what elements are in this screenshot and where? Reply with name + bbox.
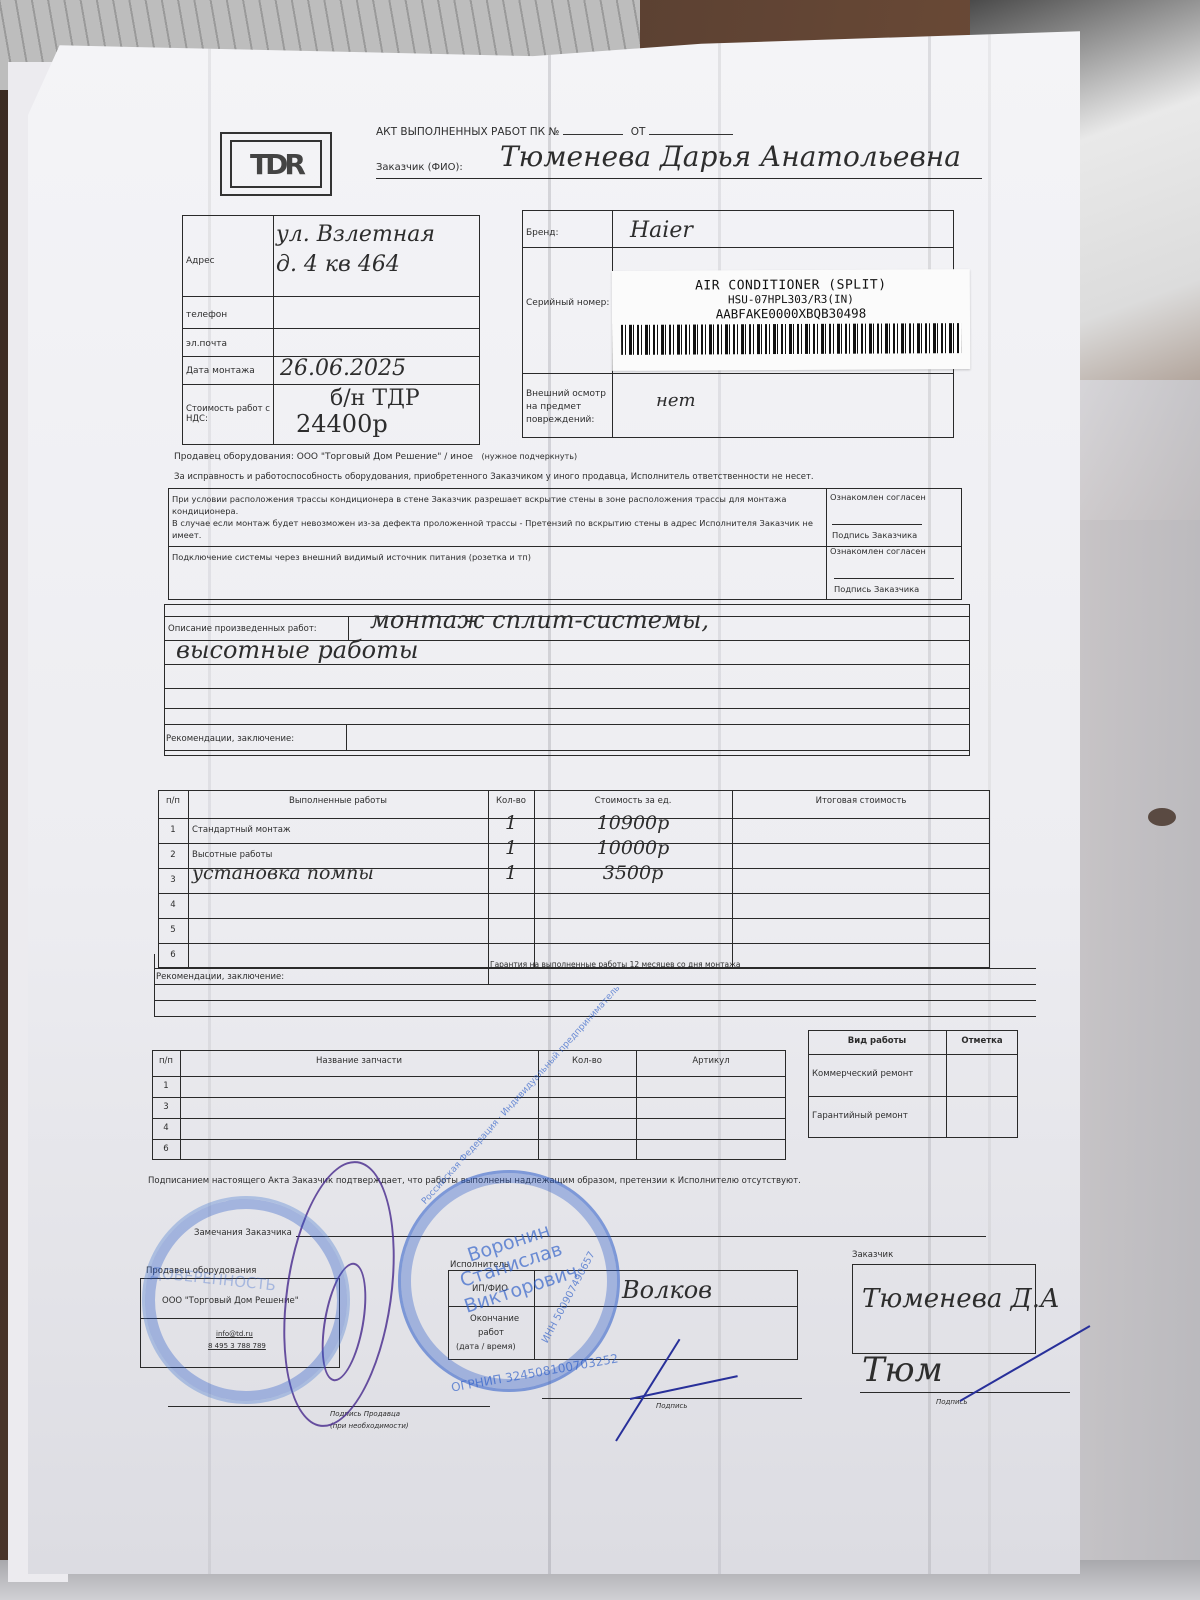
serial-label: Серийный номер: bbox=[526, 298, 610, 308]
parts-table-cell-n: 1 bbox=[152, 1081, 180, 1091]
works-table-cell-price: 10900р bbox=[534, 812, 732, 834]
disclaimer-text: За исправность и работоспособность обору… bbox=[174, 472, 814, 482]
parts-table-row: 3 bbox=[152, 1097, 786, 1118]
remarks-field[interactable] bbox=[296, 1236, 986, 1237]
install-date-value: 26.06.2025 bbox=[280, 356, 406, 381]
executor-signature-line[interactable] bbox=[542, 1398, 802, 1399]
act-date-field bbox=[649, 134, 733, 135]
consent-2-signature-line[interactable] bbox=[834, 578, 954, 579]
customer-signature: Тюм bbox=[862, 1350, 943, 1390]
works-table-header: Выполненные работы bbox=[188, 796, 488, 806]
parts-table-cell-n: 6 bbox=[152, 1144, 180, 1154]
consent-1-text-2: кондиционера. bbox=[172, 506, 238, 516]
consent-1-text-1: При условии расположения трассы кондицио… bbox=[172, 494, 786, 504]
parts-table-row: 4 bbox=[152, 1118, 786, 1139]
brand-value: Haier bbox=[630, 218, 693, 243]
description-label: Описание произведенных работ: bbox=[168, 624, 317, 634]
works-table-cell-qty: 1 bbox=[488, 812, 534, 834]
phone-label: телефон bbox=[186, 310, 227, 320]
address-value-line1: ул. Взлетная bbox=[276, 222, 435, 247]
works-table-cell-price: 3500р bbox=[534, 862, 732, 884]
address-label: Адрес bbox=[186, 256, 215, 266]
email-label: эл.почта bbox=[186, 339, 227, 349]
consent-1-agree-label: Ознакомлен согласен bbox=[830, 492, 926, 502]
document-title: АКТ ВЫПОЛНЕННЫХ РАБОТ ПК № ОТ bbox=[376, 126, 733, 138]
parts-table-header: Название запчасти bbox=[180, 1056, 538, 1066]
logo-text: TDR bbox=[230, 140, 322, 188]
seller-line: Продавец оборудования: ООО "Торговый Дом… bbox=[174, 452, 577, 462]
works-table-header: п/п bbox=[158, 796, 188, 806]
cost-label: Стоимость работ с НДС: bbox=[186, 404, 270, 424]
description-recommendations-label: Рекомендации, заключение: bbox=[166, 734, 294, 744]
parts-table-cell-n: 4 bbox=[152, 1123, 180, 1133]
sleeve-punch-hole bbox=[1148, 808, 1176, 826]
consent-1-signature-line[interactable] bbox=[832, 524, 922, 525]
consent-1-text-3: В случае если монтаж будет невозможен из… bbox=[172, 518, 813, 528]
works-table-cell-price: 10000р bbox=[534, 837, 732, 859]
parts-table-cell-n: 3 bbox=[152, 1102, 180, 1112]
works-table-cell-name: установка помпы bbox=[192, 862, 374, 884]
warranty-text: Гарантия на выполненные работы 12 месяце… bbox=[490, 960, 740, 969]
work-type-table-cell-type: Гарантийный ремонт bbox=[812, 1111, 908, 1121]
cost-value-line2: 24400р bbox=[296, 410, 388, 438]
works-table-header: Итоговая стоимость bbox=[732, 796, 990, 806]
customer-block-label: Заказчик bbox=[852, 1250, 893, 1260]
customer-signature-line[interactable] bbox=[860, 1392, 1070, 1393]
barcode-icon bbox=[621, 323, 961, 355]
work-type-table-row: Гарантийный ремонт bbox=[808, 1096, 1018, 1138]
consent-2-agree-label: Ознакомлен согласен bbox=[830, 546, 926, 556]
works-table-row: 5 bbox=[158, 918, 990, 943]
works-table-cell-n: 4 bbox=[158, 900, 188, 910]
parts-table-header: Артикул bbox=[636, 1056, 786, 1066]
serial-number-sticker: AIR CONDITIONER (SPLIT) HSU-07HPL303/R3(… bbox=[612, 269, 971, 371]
act-number-field bbox=[563, 134, 623, 135]
works-table-row: 4 bbox=[158, 893, 990, 918]
works-table-cell-n: 2 bbox=[158, 850, 188, 860]
works-table-header: Стоимость за ед. bbox=[534, 796, 732, 806]
sticker-serial: AABFAKE0000XBQB30498 bbox=[612, 305, 970, 322]
works-table-cell-qty: 1 bbox=[488, 862, 534, 884]
work-type-table-header: Отметка bbox=[946, 1036, 1018, 1046]
consent-1-sign-label: Подпись Заказчика bbox=[832, 530, 917, 540]
company-logo: TDR bbox=[220, 132, 332, 196]
seller-stamp bbox=[142, 1196, 350, 1404]
inspection-label: Внешний осмотр на предмет повреждений: bbox=[526, 388, 610, 427]
description-value-line2: высотные работы bbox=[176, 636, 418, 664]
brand-label: Бренд: bbox=[526, 228, 559, 238]
works-recommendations-label: Рекомендации, заключение: bbox=[156, 972, 284, 982]
consent-2-sign-label: Подпись Заказчика bbox=[834, 584, 919, 594]
executor-fio-value: Волков bbox=[622, 1276, 712, 1304]
works-table-cell-n: 1 bbox=[158, 825, 188, 835]
description-value-line1: монтаж сплит-системы, bbox=[370, 606, 709, 634]
consent-2-text: Подключение системы через внешний видимы… bbox=[172, 552, 531, 562]
works-table-cell-name: Высотные работы bbox=[192, 850, 272, 860]
inspection-value: нет bbox=[656, 390, 696, 411]
customer-label: Заказчик (ФИО): bbox=[376, 162, 463, 173]
address-value-line2: д. 4 кв 464 bbox=[276, 252, 400, 277]
works-table-header: Кол-во bbox=[488, 796, 534, 806]
works-table-row: 3установка помпы13500р bbox=[158, 868, 990, 893]
install-date-label: Дата монтажа bbox=[186, 366, 255, 376]
consent-1-text-4: имеет. bbox=[172, 530, 201, 540]
seller-sign-hint: (при необходимости) bbox=[330, 1422, 409, 1430]
customer-name-value: Тюменева Д.А bbox=[862, 1284, 1060, 1314]
customer-name-handwritten: Тюменева Дарья Анатольевна bbox=[500, 140, 961, 173]
work-type-table-cell-type: Коммерческий ремонт bbox=[812, 1069, 913, 1079]
works-table-cell-n: 3 bbox=[158, 875, 188, 885]
works-table-cell-n: 6 bbox=[158, 950, 188, 960]
work-type-table-header: Вид работы bbox=[808, 1036, 946, 1046]
works-table-cell-qty: 1 bbox=[488, 837, 534, 859]
parts-table-header: п/п bbox=[152, 1056, 180, 1066]
cost-value-line1: б/н ТДР bbox=[330, 386, 420, 411]
parts-table-row: 1 bbox=[152, 1076, 786, 1097]
works-table-cell-name: Стандартный монтаж bbox=[192, 825, 291, 835]
works-table-cell-n: 5 bbox=[158, 925, 188, 935]
executor-sign-label: Подпись bbox=[656, 1402, 688, 1410]
work-type-table-row: Коммерческий ремонт bbox=[808, 1054, 1018, 1096]
